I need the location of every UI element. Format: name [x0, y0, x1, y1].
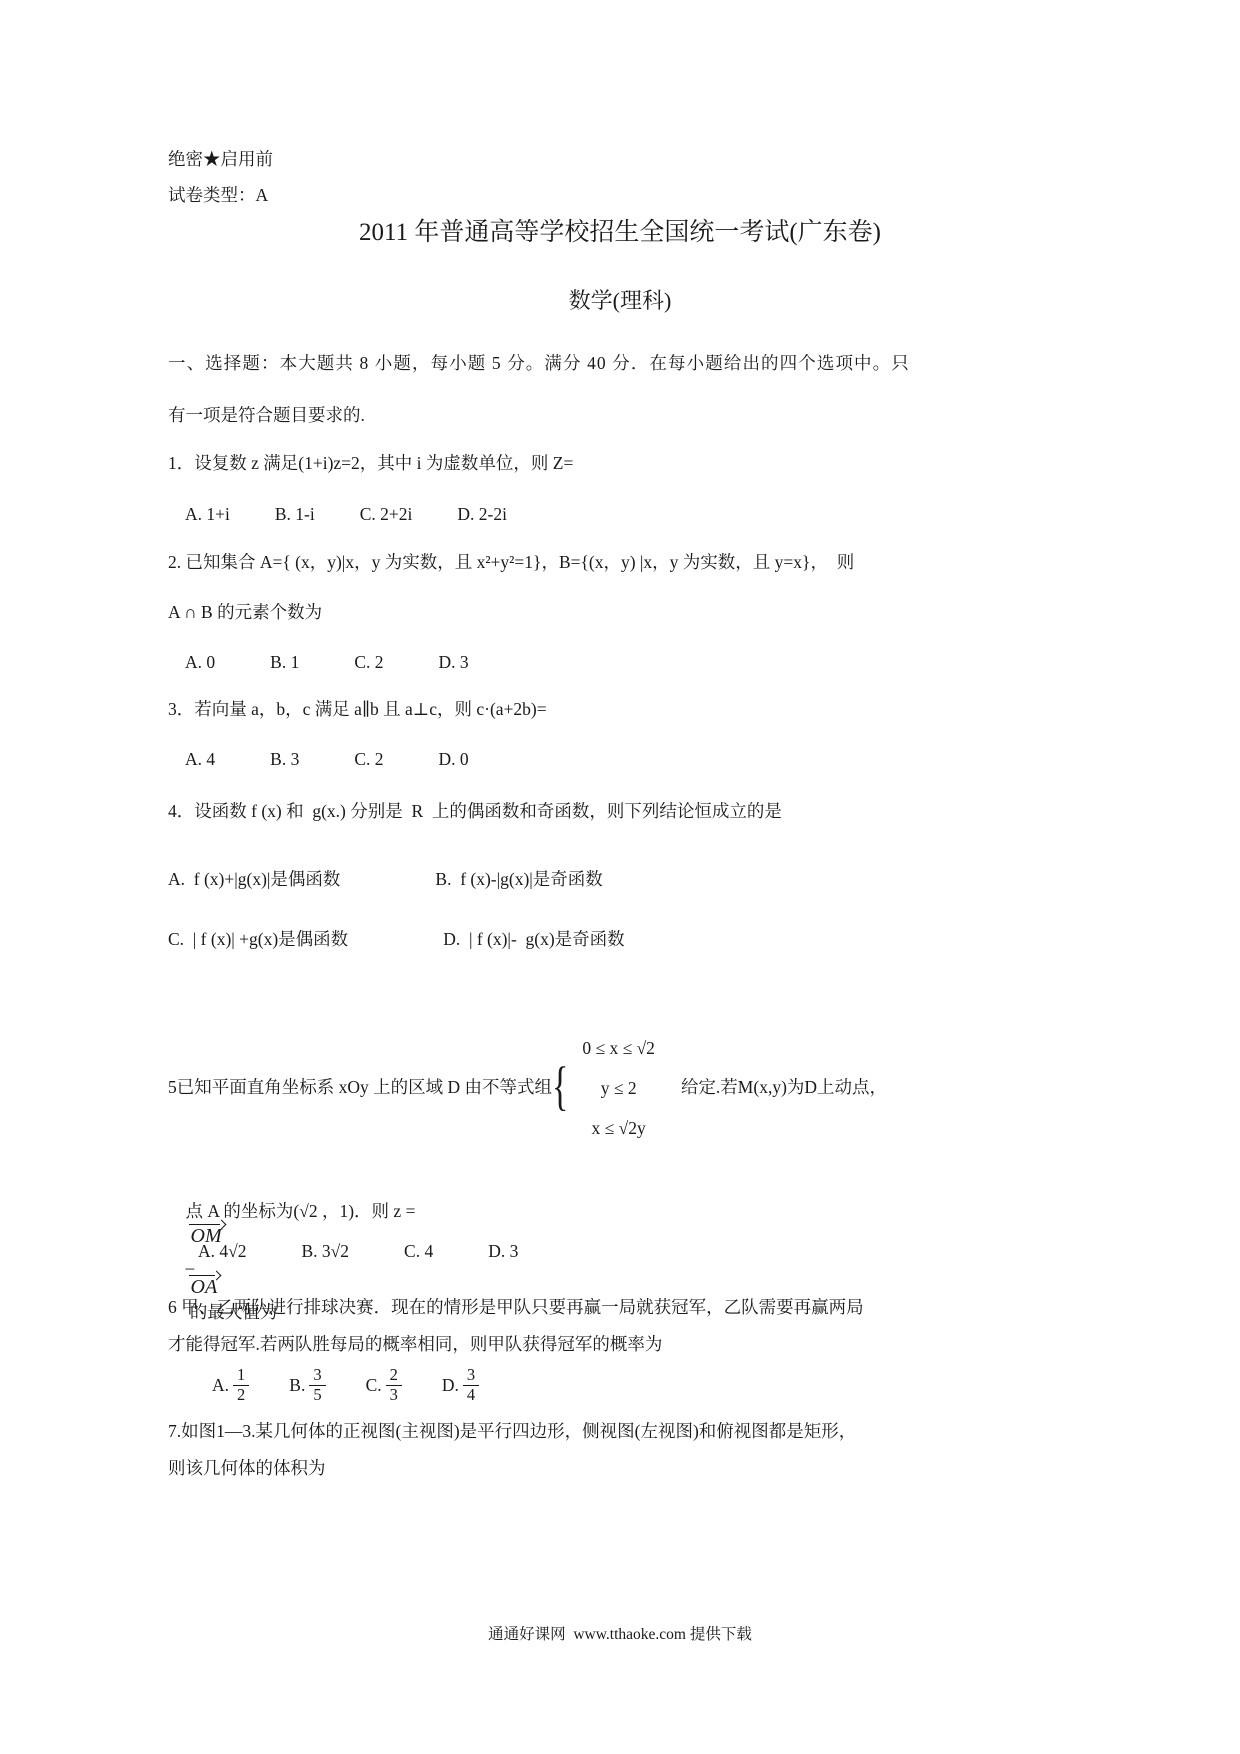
constraint-2: y ≤ 2	[601, 1068, 637, 1108]
inequality-system: 0 ≤ x ≤ √2 y ≤ 2 x ≤ √2y	[582, 1028, 655, 1148]
option-a: A. f (x)+|g(x)|是偶函数	[168, 868, 340, 892]
option-c: C. 2	[354, 748, 383, 772]
question-4-stem: 4．设函数 f (x) 和 g(x.) 分别是 R 上的偶函数和奇函数，则下列结…	[168, 800, 1098, 824]
option-b: B. 3 5	[289, 1366, 325, 1405]
question-5-stem-pre: 5已知平面直角坐标系 xOy 上的区域 D 由不等式组	[168, 1076, 552, 1100]
secrecy-notice: 绝密★启用前	[168, 148, 273, 172]
option-d: D. 3	[439, 651, 469, 675]
option-a: A. 4	[185, 748, 215, 772]
question-6-stem-line2: 才能得冠军.若两队胜每局的概率相同，则甲队获得冠军的概率为	[168, 1333, 662, 1357]
fraction: 1 2	[233, 1366, 249, 1405]
question-4-options-row1: A. f (x)+|g(x)|是偶函数 B. f (x)-|g(x)|是奇函数	[168, 868, 603, 892]
question-3-options: A. 4 B. 3 C. 2 D. 0	[185, 748, 469, 772]
question-3-stem: 3．若向量 a，b，c 满足 a∥b 且 a⊥c，则 c·(a+2b)=	[168, 698, 547, 722]
option-a: A. 0	[185, 651, 215, 675]
option-a: A. 1+i	[185, 503, 230, 527]
exam-title: 2011 年普通高等学校招生全国统一考试(广东卷)	[0, 212, 1240, 248]
question-6-options: A. 1 2 B. 3 5 C. 2 3 D. 3 4	[212, 1366, 479, 1405]
paper-type-label: 试卷类型：A	[168, 184, 268, 208]
option-c: C. 2+2i	[360, 503, 413, 527]
option-a-label: A.	[212, 1374, 229, 1398]
option-c: C. | f (x)| +g(x)是偶函数	[168, 928, 348, 952]
question-5-options: A. 4√2 B. 3√2 C. 4 D. 3	[198, 1240, 518, 1264]
vector-oa: OA	[188, 1276, 221, 1298]
question-7-stem-line1: 7.如图1—3.某几何体的正视图(主视图)是平行四边形，侧视图(左视图)和俯视图…	[168, 1420, 1098, 1444]
option-b: B. 3√2	[302, 1240, 350, 1264]
option-b: B. 1	[270, 651, 299, 675]
option-b: B. f (x)-|g(x)|是奇函数	[435, 868, 602, 892]
option-d: D. 3	[488, 1240, 518, 1264]
fraction-denominator: 3	[386, 1386, 402, 1405]
constraint-1: 0 ≤ x ≤ √2	[582, 1028, 655, 1068]
section-intro-line2: 有一项是符合题目要求的.	[168, 404, 365, 428]
fraction-numerator: 3	[309, 1366, 325, 1386]
question-5-stem-post: 给定.若M(x,y)为D上动点，	[681, 1076, 887, 1100]
exam-subtitle: 数学(理科)	[0, 284, 1240, 315]
constraint-3: x ≤ √2y	[592, 1108, 646, 1148]
option-c-label: C.	[366, 1374, 382, 1398]
option-d: D. | f (x)|- g(x)是奇函数	[443, 928, 625, 952]
system-brace: {	[552, 1061, 568, 1115]
vector-separator: _	[186, 1251, 195, 1271]
fraction: 2 3	[386, 1366, 402, 1405]
footer-watermark: 通通好课网 www.tthaoke.com 提供下载	[0, 1622, 1240, 1644]
fraction-numerator: 2	[386, 1366, 402, 1386]
option-c: C. 2 3	[366, 1366, 402, 1405]
option-b: B. 3	[270, 748, 299, 772]
fraction-numerator: 3	[463, 1366, 479, 1386]
question-2-options: A. 0 B. 1 C. 2 D. 3	[185, 651, 469, 675]
option-d-label: D.	[442, 1374, 459, 1398]
option-b: B. 1-i	[275, 503, 315, 527]
question-5-stem: 5已知平面直角坐标系 xOy 上的区域 D 由不等式组 { 0 ≤ x ≤ √2…	[168, 1028, 1098, 1148]
fraction-denominator: 2	[233, 1386, 249, 1405]
fraction-denominator: 4	[463, 1386, 479, 1405]
question-1-options: A. 1+i B. 1-i C. 2+2i D. 2-2i	[185, 503, 507, 527]
option-c: C. 4	[404, 1240, 433, 1264]
fraction: 3 4	[463, 1366, 479, 1405]
question-7-stem-line2: 则该几何体的体积为	[168, 1457, 326, 1481]
question-2-stem-line1: 2. 已知集合 A={ (x，y)|x，y 为实数，且 x²+y²=1}，B={…	[168, 551, 1098, 575]
question-1-stem: 1．设复数 z 满足(1+i)z=2，其中 i 为虚数单位，则 Z=	[168, 452, 573, 476]
option-c: C. 2	[354, 651, 383, 675]
fraction-numerator: 1	[233, 1366, 249, 1386]
option-d: D. 3 4	[442, 1366, 479, 1405]
option-b-label: B.	[289, 1374, 305, 1398]
option-d: D. 0	[439, 748, 469, 772]
question-4-options-row2: C. | f (x)| +g(x)是偶函数 D. | f (x)|- g(x)是…	[168, 928, 625, 952]
section-intro-line1: 一、选择题：本大题共 8 小题，每小题 5 分。满分 40 分．在每小题给出的四…	[168, 352, 1098, 376]
fraction: 3 5	[309, 1366, 325, 1405]
point-a-text: 点 A 的坐标为(√2 ，1)．则 z =	[186, 1201, 416, 1221]
question-6-stem-line1: 6 甲、乙两队进行排球决赛．现在的情形是甲队只要再赢一局就获冠军，乙队需要再赢两…	[168, 1296, 1098, 1320]
question-2-stem-line2: A ∩ B 的元素个数为	[168, 601, 322, 625]
option-d: D. 2-2i	[457, 503, 507, 527]
exam-paper-page: 绝密★启用前 试卷类型：A 2011 年普通高等学校招生全国统一考试(广东卷) …	[0, 0, 1240, 1754]
fraction-denominator: 5	[309, 1386, 325, 1405]
option-a: A. 1 2	[212, 1366, 249, 1405]
option-a: A. 4√2	[198, 1240, 247, 1264]
